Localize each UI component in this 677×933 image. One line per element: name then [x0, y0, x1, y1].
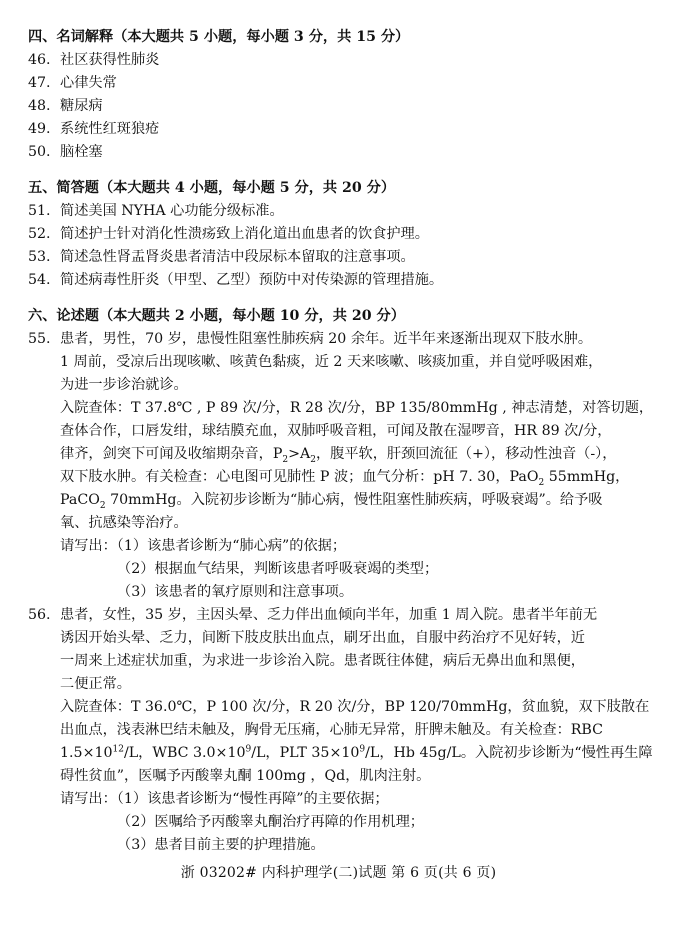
question-48: 48.糖尿病 [28, 95, 658, 118]
question-55: 55.患者，男性，70 岁，患慢性阻塞性肺疾病 20 余年。近半年来逐渐出现双下… [28, 328, 658, 604]
question-51: 51.简述美国 NYHA 心功能分级标准。 [28, 200, 658, 223]
exam-page: 四、名词解释（本大题共 5 小题，每小题 3 分，共 15 分） 46.社区获得… [28, 26, 658, 857]
question-52: 52.简述护士针对消化性溃疡致上消化道出血患者的饮食护理。 [28, 223, 658, 246]
question-49: 49.系统性红斑狼疮 [28, 118, 658, 141]
section-title-6: 六、论述题（本大题共 2 小题，每小题 10 分，共 20 分） [28, 305, 658, 328]
question-47: 47.心律失常 [28, 72, 658, 95]
question-50: 50.脑栓塞 [28, 141, 658, 164]
question-53: 53.简述急性肾盂肾炎患者清洁中段尿标本留取的注意事项。 [28, 246, 658, 269]
question-46: 46.社区获得性肺炎 [28, 49, 658, 72]
question-56: 56.患者，女性，35 岁，主因头晕、乏力伴出血倾向半年，加重 1 周入院。患者… [28, 604, 658, 857]
section-title-4: 四、名词解释（本大题共 5 小题，每小题 3 分，共 15 分） [28, 26, 658, 49]
question-54: 54.简述病毒性肝炎（甲型、乙型）预防中对传染源的管理措施。 [28, 269, 658, 292]
section-title-5: 五、简答题（本大题共 4 小题，每小题 5 分，共 20 分） [28, 177, 658, 200]
page-footer: 浙 03202# 内科护理学(二)试题 第 6 页(共 6 页) [0, 862, 677, 882]
